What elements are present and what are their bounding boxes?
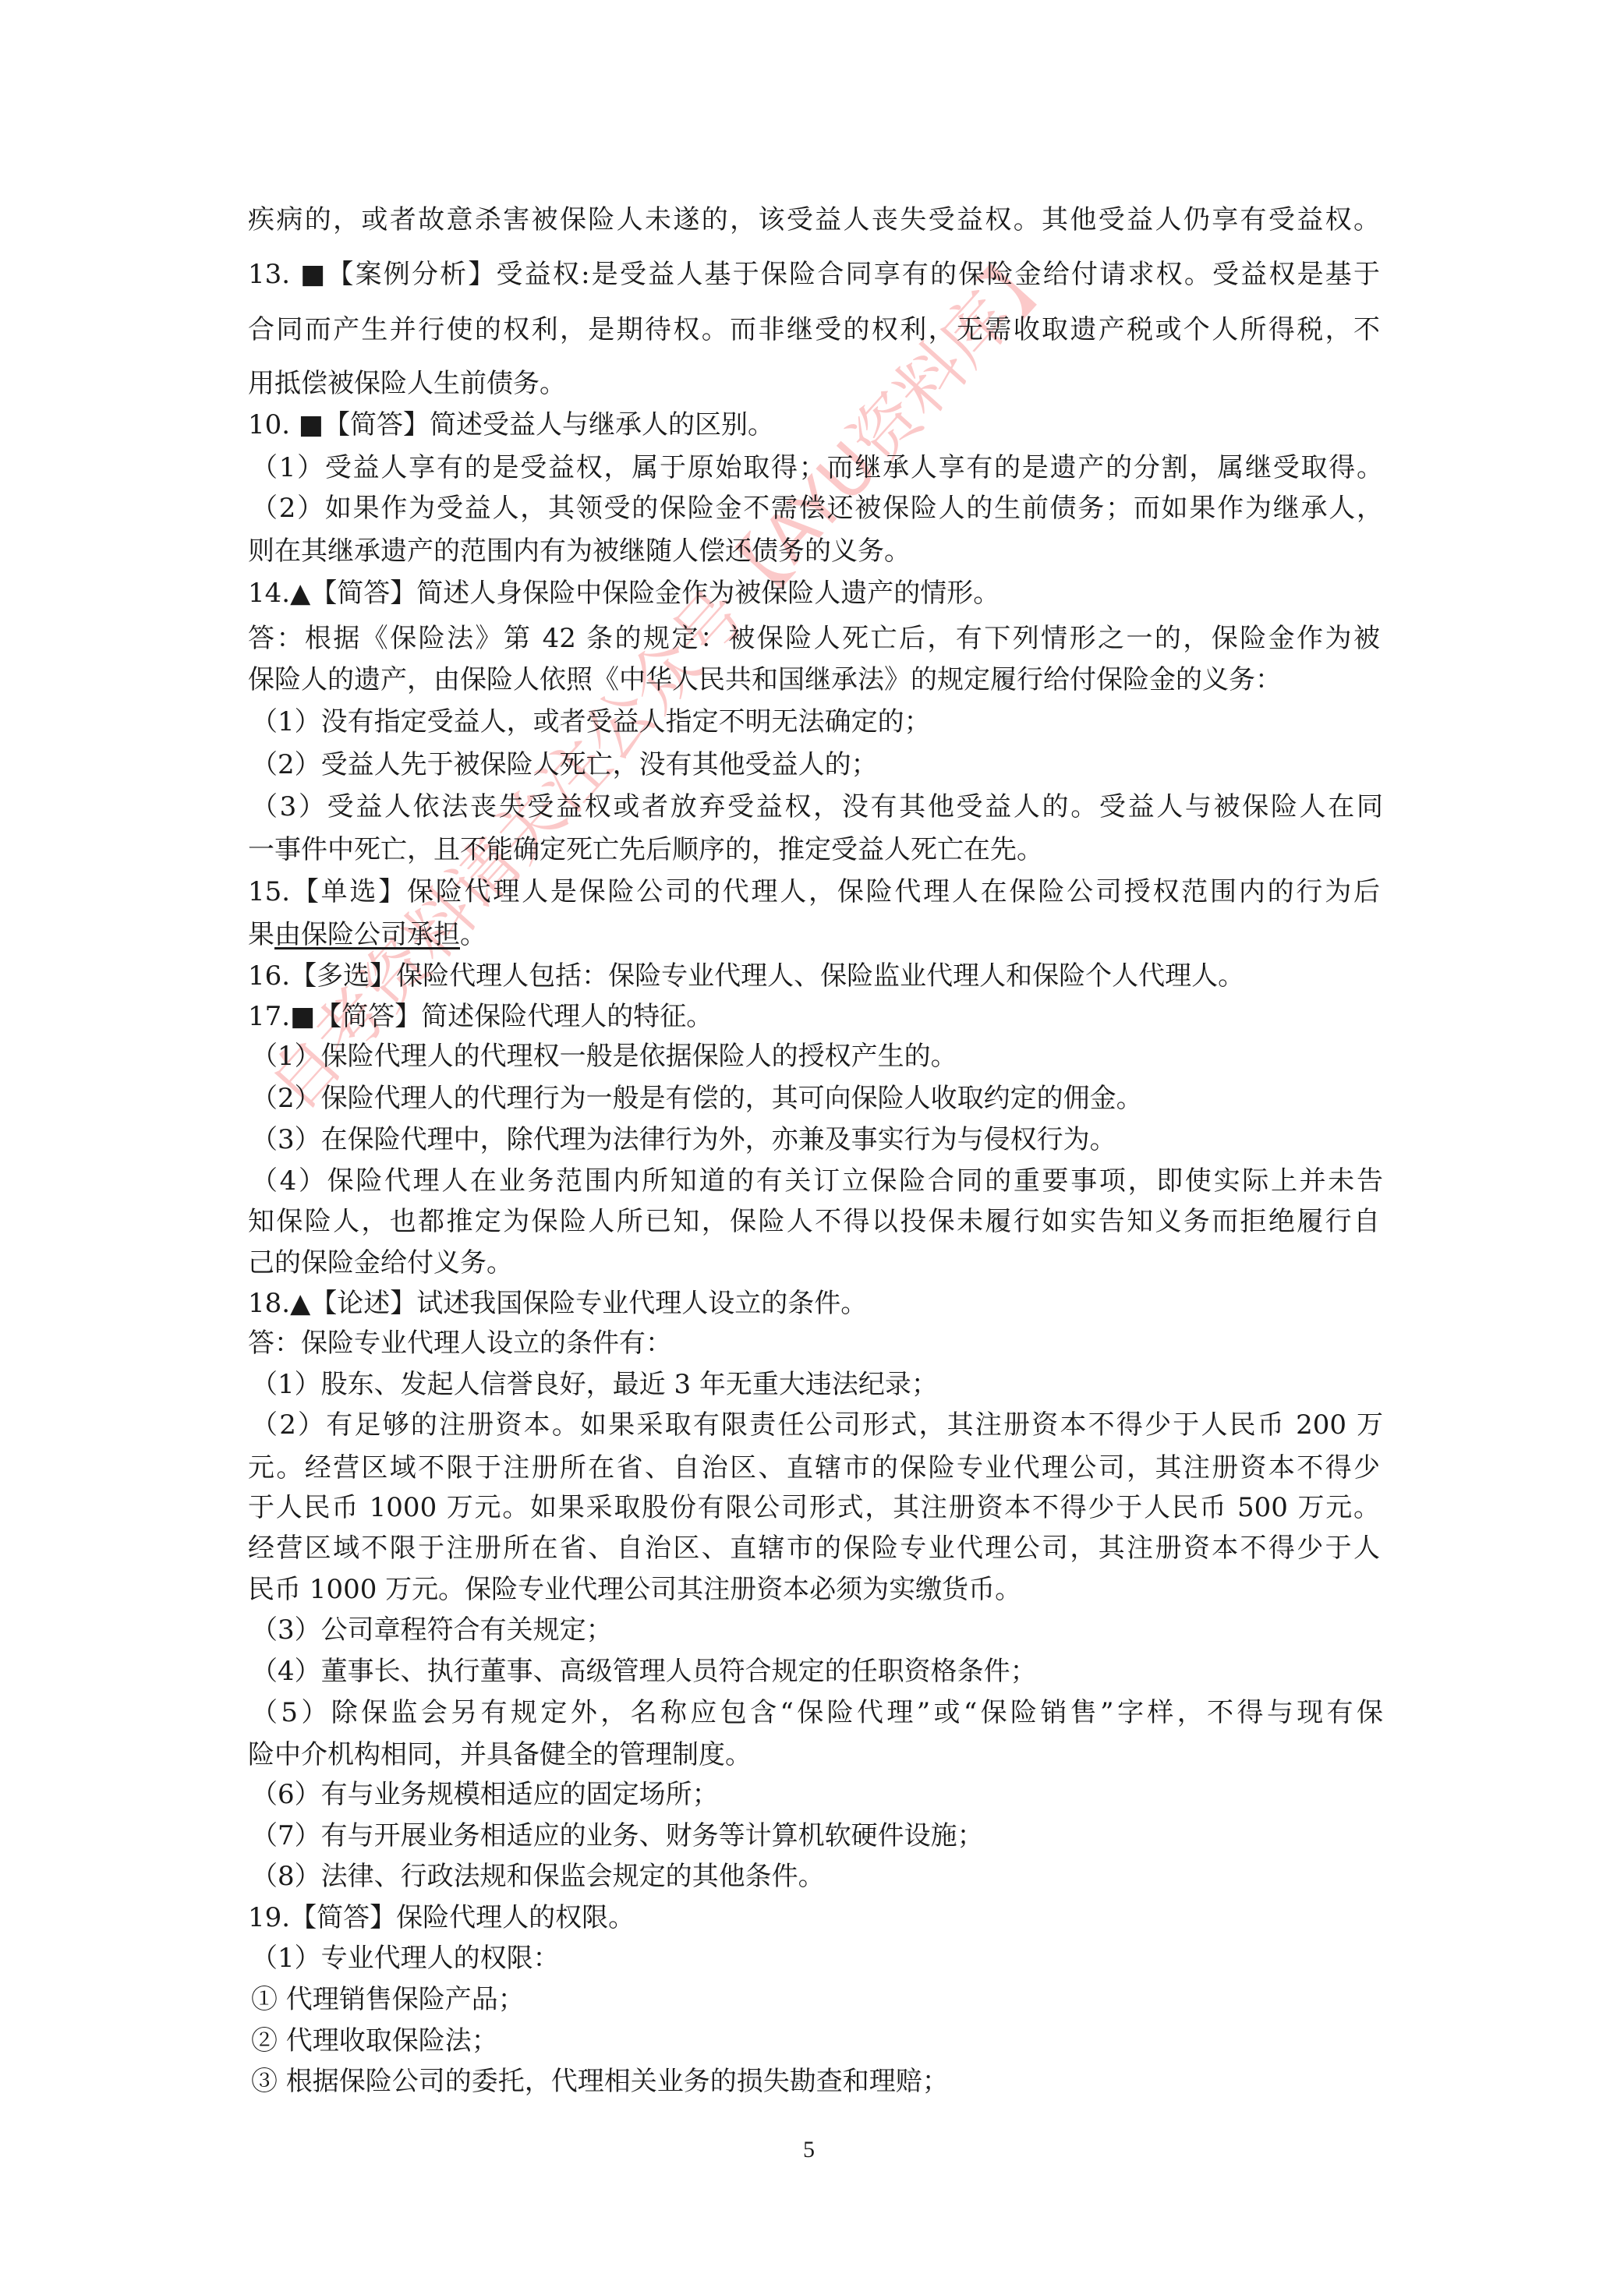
text-line: （3）在保险代理中，除代理为法律行为外，亦兼及事实行为与侵权行为。 [251, 1123, 1383, 1157]
list-item: ① 代理销售保险产品； [251, 1982, 1383, 2017]
text-line: 于人民币 1000 万元。如果采取股份有限公司形式，其注册资本不得少于人民币 5… [248, 1491, 1380, 1525]
text-line: （1）专业代理人的权限： [251, 1941, 1383, 1975]
text-line: 元。经营区域不限于注册所在省、自治区、直辖市的保险专业代理公司，其注册资本不得少 [248, 1451, 1380, 1485]
text-line: （5）除保监会另有规定外，名称应包含“保险代理”或“保险销售”字样，不得与现有保 [251, 1696, 1383, 1730]
text-line: （7）有与开展业务相适应的业务、财务等计算机软硬件设施； [251, 1819, 1383, 1853]
question-16-heading: 16.【多选】保险代理人包括：保险专业代理人、保险监业代理人和保险个人代理人。 [248, 959, 1380, 993]
text-line: 知保险人，也都推定为保险人所已知，保险人不得以投保未履行如实告知义务而拒绝履行自 [248, 1204, 1380, 1239]
text-line: 用抵偿被保险人生前债务。 [248, 366, 1380, 401]
page-number: 5 [803, 2134, 815, 2166]
question-10-heading: 10. ■【简答】简述受益人与继承人的区别。 [248, 408, 1380, 442]
text-line: 保险人的遗产，由保险人依照《中华人民共和国继承法》的规定履行给付保险金的义务： [248, 663, 1380, 697]
text-line: 经营区域不限于注册所在省、自治区、直辖市的保险专业代理公司，其注册资本不得少于人 [248, 1531, 1380, 1565]
question-19-heading: 19.【简答】保险代理人的权限。 [248, 1901, 1380, 1935]
text-line: 一事件中死亡，且不能确定死亡先后顺序的，推定受益人死亡在先。 [248, 833, 1380, 867]
text-line: 己的保险金给付义务。 [248, 1246, 1380, 1280]
text-line: 疾病的，或者故意杀害被保险人未遂的，该受益人丧失受益权。其他受益人仍享有受益权。 [248, 203, 1380, 237]
text-line: （6）有与业务规模相适应的固定场所； [251, 1777, 1383, 1812]
text-line: （1）股东、发起人信誉良好，最近 3 年无重大违法纪录； [251, 1367, 1383, 1402]
text-line: （1）没有指定受益人，或者受益人指定不明无法确定的； [251, 705, 1383, 739]
text-line: （4）保险代理人在业务范围内所知道的有关订立保险合同的重要事项，即使实际上并未告 [251, 1164, 1383, 1198]
text-line: （8）法律、行政法规和保监会规定的其他条件。 [251, 1859, 1383, 1894]
text-line: （1）受益人享有的是受益权，属于原始取得；而继承人享有的是遗产的分割，属继受取得… [251, 451, 1383, 485]
text-line: （1）保险代理人的代理权一般是依据保险人的授权产生的。 [251, 1039, 1383, 1073]
text-line: 答：根据《保险法》第 42 条的规定：被保险人死亡后，有下列情形之一的，保险金作… [248, 621, 1380, 656]
question-13-heading: 13. ■【案例分析】受益权:是受益人基于保险合同享有的保险金给付请求权。受益权… [248, 257, 1380, 292]
text-line: （2）保险代理人的代理行为一般是有偿的，其可向保险人收取约定的佣金。 [251, 1081, 1383, 1116]
question-18-heading: 18.▲【论述】试述我国保险专业代理人设立的条件。 [248, 1286, 1380, 1321]
text-line: （3）公司章程符合有关规定； [251, 1613, 1383, 1647]
text-line: （3）受益人依法丧失受益权或者放弃受益权，没有其他受益人的。受益人与被保险人在同 [251, 790, 1383, 824]
text-line: 合同而产生并行使的权利，是期待权。而非继受的权利，无需收取遗产税或个人所得税，不 [248, 313, 1380, 347]
text-fragment: 。 [460, 919, 486, 950]
document-page: 自考资料请关注公众号【AYU资料库】 疾病的，或者故意杀害被保险人未遂的，该受益… [0, 0, 1624, 2295]
text-line: 险中介机构相同，并具备健全的管理制度。 [248, 1738, 1380, 1772]
text-line: 则在其继承遗产的范围内有为被继随人偿还债务的义务。 [248, 534, 1380, 568]
question-14-heading: 14.▲【简答】简述人身保险中保险金作为被保险人遗产的情形。 [248, 576, 1380, 610]
question-17-heading: 17.■【简答】简述保险代理人的特征。 [248, 999, 1380, 1034]
text-line: 民币 1000 万元。保险专业代理公司其注册资本必须为实缴货币。 [248, 1572, 1380, 1607]
underlined-answer: 由保险公司承担 [274, 919, 460, 950]
question-15-heading: 15.【单选】保险代理人是保险公司的代理人，保险代理人在保险公司授权范围内的行为… [248, 875, 1380, 909]
list-item: ② 代理收取保险法； [251, 2024, 1383, 2058]
text-line: （4）董事长、执行董事、高级管理人员符合规定的任职资格条件； [251, 1654, 1383, 1689]
list-item: ③ 根据保险公司的委托，代理相关业务的损失勘查和理赔； [251, 2064, 1383, 2099]
text-line: （2）如果作为受益人，其领受的保险金不需偿还被保险人的生前债务；而如果作为继承人… [251, 491, 1383, 525]
text-line: （2）受益人先于被保险人死亡，没有其他受益人的； [251, 748, 1383, 782]
text-line: （2）有足够的注册资本。如果采取有限责任公司形式，其注册资本不得少于人民币 20… [251, 1408, 1383, 1442]
text-line: 答：保险专业代理人设立的条件有： [248, 1326, 1380, 1360]
text-line: 果由保险公司承担。 [248, 918, 1380, 952]
text-fragment: 果 [248, 919, 274, 950]
